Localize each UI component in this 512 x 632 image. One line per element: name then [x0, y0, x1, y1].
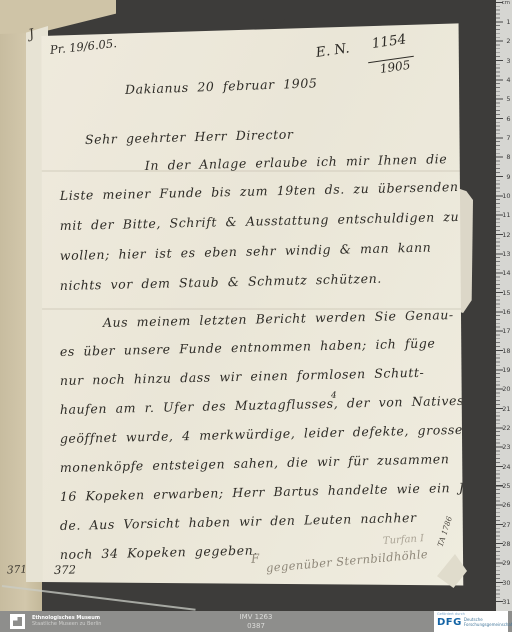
item-id: IMV 1263: [240, 613, 273, 622]
measurement-ruler: cm 1234567891011121314151617181920212223…: [496, 0, 512, 612]
funding-label: Gefördert durch: [437, 612, 505, 616]
ruler-number: 4: [506, 76, 510, 84]
id-block: IMV 1263 0387: [240, 613, 273, 631]
ruler-major-ticks: [496, 2, 503, 603]
ruler-number: 30: [502, 579, 510, 587]
ruler-number: 25: [502, 482, 510, 490]
footer-bar: Ethnologisches Museum Staatliche Museen …: [0, 611, 512, 632]
received-note: Pr. 19/6.05.: [49, 36, 117, 57]
ruler-number: 7: [506, 134, 510, 142]
ruler-number: 9: [506, 173, 510, 181]
paragraph-2: Aus meinem letzten Bericht werden Sie Ge…: [60, 315, 495, 576]
page-number-left: 371: [7, 563, 28, 576]
paper-tear-notch: [263, 19, 285, 28]
dfg-logo: DFG: [437, 617, 462, 628]
ruler-number: 20: [502, 385, 510, 393]
ruler-number: 18: [502, 347, 510, 355]
ruler-number: 26: [502, 501, 510, 509]
ruler-number: 8: [506, 153, 510, 161]
ruler-number: 28: [502, 540, 510, 548]
registry-year: 1905: [379, 58, 411, 76]
ruler-number: 17: [502, 327, 510, 335]
ruler-number: 29: [502, 559, 510, 567]
letter-paper: Pr. 19/6.05. E. N. 1154 1905 Dakianus 20…: [35, 20, 465, 590]
funder-name: Deutsche Forschungsgemeinschaft: [464, 618, 512, 627]
ruler-number: 12: [502, 231, 510, 239]
ruler-number: 14: [502, 269, 510, 277]
page-number-right: 372: [54, 563, 76, 577]
scan-page: J Pr. 19/6.05. E. N. 1154 1905 Dakianus …: [0, 0, 512, 632]
salutation: Sehr geehrter Herr Director: [85, 127, 294, 147]
ruler-number: 1: [506, 18, 510, 26]
dfg-row: DFG Deutsche Forschungsgemeinschaft: [437, 617, 505, 628]
album-page-corner: [0, 0, 116, 34]
ruler-number: 19: [502, 366, 510, 374]
registry-label: E. N.: [315, 40, 351, 61]
page-id: 0387: [240, 622, 273, 631]
museum-org: Staatliche Museen zu Berlin: [32, 621, 101, 627]
museum-logo-icon: [10, 614, 25, 629]
ruler-number: 27: [502, 521, 510, 529]
insertion-mark: 4: [331, 391, 337, 401]
ruler-number: 11: [502, 211, 510, 219]
ruler-number: 21: [502, 405, 510, 413]
pencil-ref-mark: F: [250, 551, 260, 566]
ruler-number: 15: [502, 289, 510, 297]
ruler-number: 10: [502, 192, 510, 200]
dfg-funding-box: Gefördert durch DFG Deutsche Forschungsg…: [434, 611, 508, 632]
dateline: Dakianus 20 februar 1905: [125, 75, 318, 97]
ruler-number: 24: [502, 463, 510, 471]
ruler-number: 5: [506, 95, 510, 103]
museum-label: Ethnologisches Museum Staatliche Museen …: [32, 615, 101, 627]
ruler-number: 23: [502, 443, 510, 451]
paragraph-1: In der Anlage erlaube ich mir Ihnen dieL…: [60, 158, 459, 308]
ruler-number: 22: [502, 424, 510, 432]
registry-number: 1154: [371, 31, 407, 52]
ruler-number: 16: [502, 308, 510, 316]
ruler-number: 13: [502, 250, 510, 258]
ruler-number: 3: [506, 57, 510, 65]
ruler-number: 6: [506, 115, 510, 123]
funder-name-line2: Forschungsgemeinschaft: [464, 623, 512, 628]
ruler-number: 2: [506, 37, 510, 45]
ruler-number: 31: [502, 598, 510, 606]
